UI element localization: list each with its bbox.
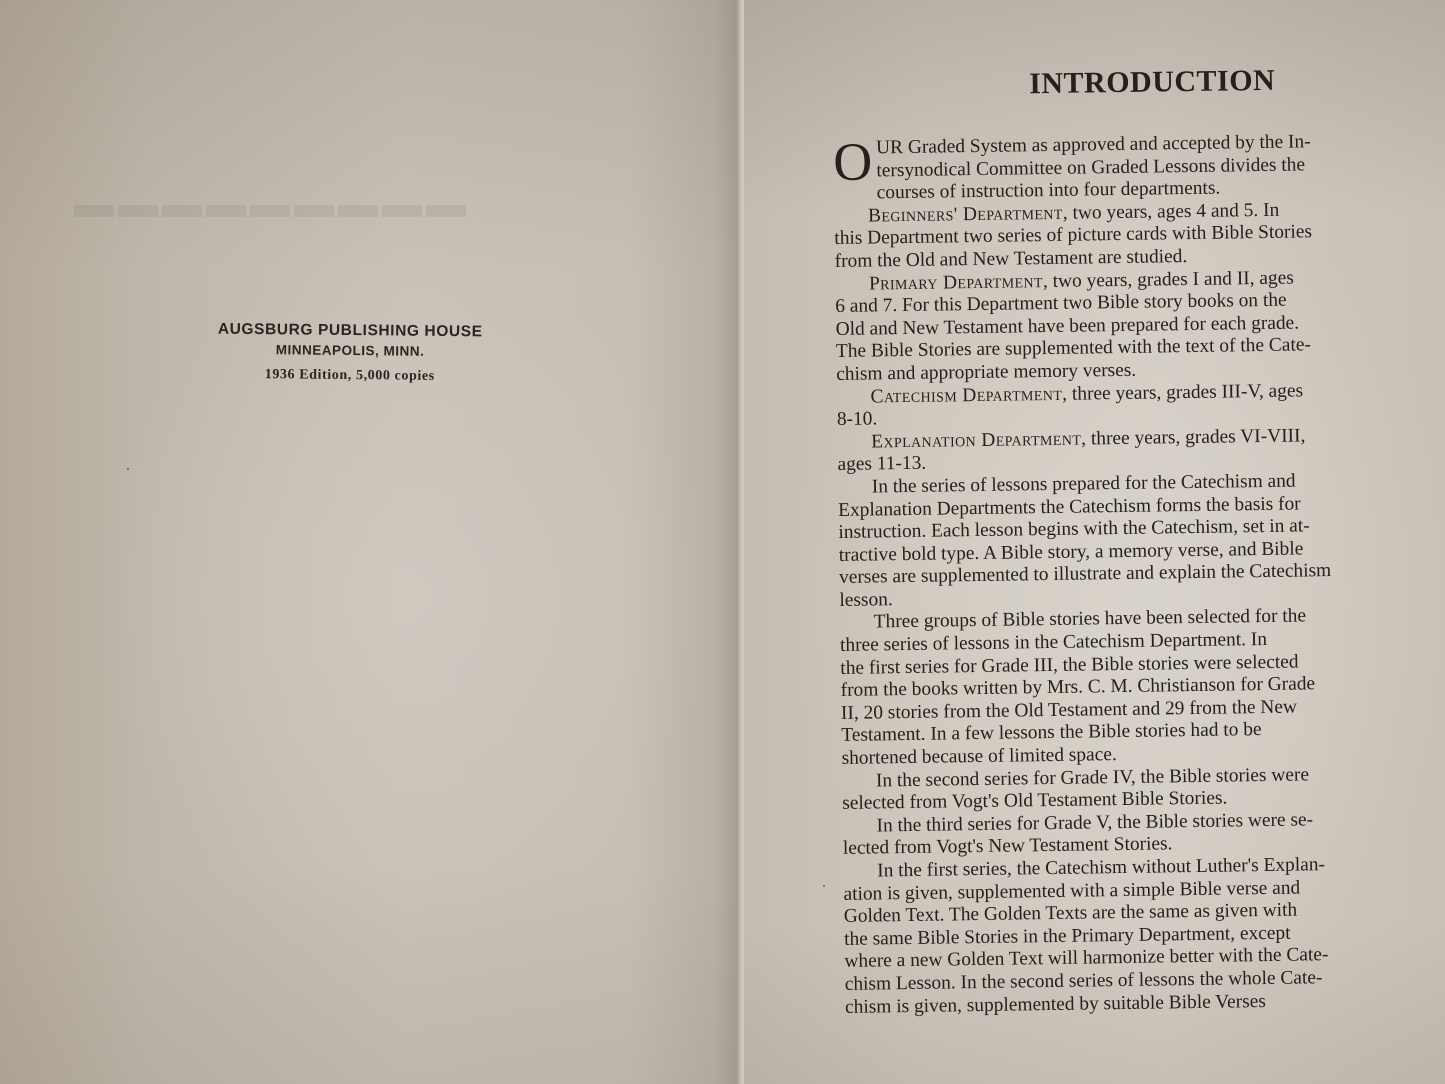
left-page: ▬▬▬▬▬▬▬▬▬ AUGSBURG PUBLISHING HOUSE MINN… — [0, 0, 738, 1084]
show-through-text: ▬▬▬▬▬▬▬▬▬ — [70, 180, 466, 227]
page-title: INTRODUCTION — [832, 62, 1432, 104]
drop-cap: O — [833, 139, 873, 184]
paper-speck — [823, 885, 825, 887]
publisher-city: MINNEAPOLIS, MINN. — [190, 341, 510, 359]
introduction-section: INTRODUCTION O UR Graded System as appro… — [832, 62, 1445, 1019]
book-gutter — [736, 0, 744, 1084]
publisher-imprint: AUGSBURG PUBLISHING HOUSE MINNEAPOLIS, M… — [190, 320, 511, 385]
paper-speck — [127, 468, 129, 470]
introduction-body: O UR Graded System as approved and accep… — [833, 130, 1445, 1019]
edition-note: 1936 Edition, 5,000 copies — [190, 366, 510, 385]
publisher-name: AUGSBURG PUBLISHING HOUSE — [190, 320, 510, 341]
book-spread: ▬▬▬▬▬▬▬▬▬ AUGSBURG PUBLISHING HOUSE MINN… — [0, 0, 1445, 1084]
